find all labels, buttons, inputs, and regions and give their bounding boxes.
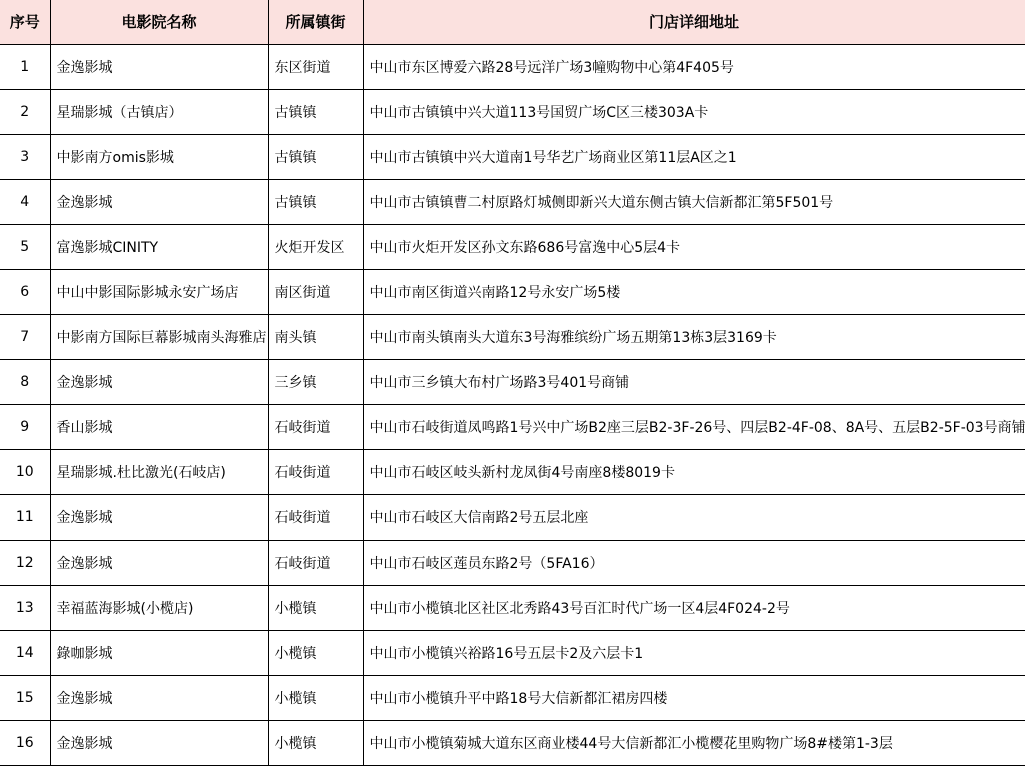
cell-address: 中山市火炬开发区孙文东路686号富逸中心5层4卡 (363, 224, 1025, 269)
table-row: 14錄咖影城小榄镇中山市小榄镇兴裕路16号五层卡2及六层卡1 (0, 630, 1025, 675)
header-index: 序号 (0, 0, 50, 44)
cell-index: 16 (0, 720, 50, 765)
table-row: 15金逸影城小榄镇中山市小榄镇升平中路18号大信新都汇裙房四楼 (0, 675, 1025, 720)
cell-name: 金逸影城 (50, 720, 268, 765)
cell-town: 古镇镇 (268, 134, 363, 179)
cell-index: 1 (0, 44, 50, 89)
table-row: 4金逸影城古镇镇中山市古镇镇曹二村原路灯城侧即新兴大道东侧古镇大信新都汇第5F5… (0, 179, 1025, 224)
cell-name: 星瑞影城.杜比激光(石岐店) (50, 450, 268, 495)
table-row: 1金逸影城东区街道中山市东区博爱六路28号远洋广场3幢购物中心第4F405号 (0, 44, 1025, 89)
table-row: 5富逸影城CINITY火炬开发区中山市火炬开发区孙文东路686号富逸中心5层4卡 (0, 224, 1025, 269)
cell-address: 中山市南头镇南头大道东3号海雅缤纷广场五期第13栋3层3169卡 (363, 315, 1025, 360)
cell-index: 4 (0, 179, 50, 224)
header-row: 序号 电影院名称 所属镇街 门店详细地址 (0, 0, 1025, 44)
cell-name: 星瑞影城（古镇店） (50, 89, 268, 134)
cell-index: 2 (0, 89, 50, 134)
table-row: 2星瑞影城（古镇店）古镇镇中山市古镇镇中兴大道113号国贸广场C区三楼303A卡 (0, 89, 1025, 134)
cell-name: 金逸影城 (50, 495, 268, 540)
cell-address: 中山市古镇镇中兴大道南1号华艺广场商业区第11层A区之1 (363, 134, 1025, 179)
table-row: 6中山中影国际影城永安广场店南区街道中山市南区街道兴南路12号永安广场5楼 (0, 269, 1025, 314)
table-body: 1金逸影城东区街道中山市东区博爱六路28号远洋广场3幢购物中心第4F405号2星… (0, 44, 1025, 766)
cell-name: 錄咖影城 (50, 630, 268, 675)
cell-index: 9 (0, 405, 50, 450)
table-row: 12金逸影城石岐街道中山市石岐区莲员东路2号（5FA16） (0, 540, 1025, 585)
table-row: 8金逸影城三乡镇中山市三乡镇大布村广场路3号401号商铺 (0, 360, 1025, 405)
cell-index: 5 (0, 224, 50, 269)
table-row: 7中影南方国际巨幕影城南头海雅店南头镇中山市南头镇南头大道东3号海雅缤纷广场五期… (0, 315, 1025, 360)
cell-index: 8 (0, 360, 50, 405)
cell-town: 石岐街道 (268, 495, 363, 540)
cell-address: 中山市小榄镇兴裕路16号五层卡2及六层卡1 (363, 630, 1025, 675)
cell-town: 三乡镇 (268, 360, 363, 405)
cell-address: 中山市石岐街道凤鸣路1号兴中广场B2座三层B2-3F-26号、四层B2-4F-0… (363, 405, 1025, 450)
cell-name: 香山影城 (50, 405, 268, 450)
cell-index: 12 (0, 540, 50, 585)
table-row: 9香山影城石岐街道中山市石岐街道凤鸣路1号兴中广场B2座三层B2-3F-26号、… (0, 405, 1025, 450)
cell-name: 中影南方omis影城 (50, 134, 268, 179)
cell-town: 南头镇 (268, 315, 363, 360)
cell-index: 6 (0, 269, 50, 314)
cell-town: 小榄镇 (268, 630, 363, 675)
cell-index: 11 (0, 495, 50, 540)
cell-name: 幸福蓝海影城(小榄店) (50, 585, 268, 630)
cell-index: 3 (0, 134, 50, 179)
cell-name: 金逸影城 (50, 44, 268, 89)
cell-town: 古镇镇 (268, 89, 363, 134)
header-town: 所属镇街 (268, 0, 363, 44)
cell-index: 13 (0, 585, 50, 630)
table-row: 10星瑞影城.杜比激光(石岐店)石岐街道中山市石岐区岐头新村龙凤街4号南座8楼8… (0, 450, 1025, 495)
table-row: 11金逸影城石岐街道中山市石岐区大信南路2号五层北座 (0, 495, 1025, 540)
table-row: 13幸福蓝海影城(小榄店)小榄镇中山市小榄镇北区社区北秀路43号百汇时代广场一区… (0, 585, 1025, 630)
header-address: 门店详细地址 (363, 0, 1025, 44)
cell-name: 金逸影城 (50, 360, 268, 405)
cell-town: 南区街道 (268, 269, 363, 314)
cell-town: 小榄镇 (268, 720, 363, 765)
cell-address: 中山市南区街道兴南路12号永安广场5楼 (363, 269, 1025, 314)
cell-name: 金逸影城 (50, 540, 268, 585)
cell-index: 10 (0, 450, 50, 495)
cell-index: 14 (0, 630, 50, 675)
cinema-address-table: 序号 电影院名称 所属镇街 门店详细地址 1金逸影城东区街道中山市东区博爱六路2… (0, 0, 1025, 766)
cell-town: 石岐街道 (268, 405, 363, 450)
cell-town: 东区街道 (268, 44, 363, 89)
table-row: 16金逸影城小榄镇中山市小榄镇菊城大道东区商业楼44号大信新都汇小榄樱花里购物广… (0, 720, 1025, 765)
cell-address: 中山市古镇镇曹二村原路灯城侧即新兴大道东侧古镇大信新都汇第5F501号 (363, 179, 1025, 224)
cell-index: 7 (0, 315, 50, 360)
cell-address: 中山市石岐区莲员东路2号（5FA16） (363, 540, 1025, 585)
cell-name: 中影南方国际巨幕影城南头海雅店 (50, 315, 268, 360)
cell-address: 中山市小榄镇北区社区北秀路43号百汇时代广场一区4层4F024-2号 (363, 585, 1025, 630)
cell-address: 中山市古镇镇中兴大道113号国贸广场C区三楼303A卡 (363, 89, 1025, 134)
cell-address: 中山市石岐区大信南路2号五层北座 (363, 495, 1025, 540)
cell-town: 古镇镇 (268, 179, 363, 224)
table-row: 3中影南方omis影城古镇镇中山市古镇镇中兴大道南1号华艺广场商业区第11层A区… (0, 134, 1025, 179)
page: 序号 电影院名称 所属镇街 门店详细地址 1金逸影城东区街道中山市东区博爱六路2… (0, 0, 1025, 766)
cell-name: 中山中影国际影城永安广场店 (50, 269, 268, 314)
cell-name: 金逸影城 (50, 675, 268, 720)
cell-town: 石岐街道 (268, 540, 363, 585)
cell-address: 中山市小榄镇升平中路18号大信新都汇裙房四楼 (363, 675, 1025, 720)
cell-town: 小榄镇 (268, 675, 363, 720)
cell-address: 中山市东区博爱六路28号远洋广场3幢购物中心第4F405号 (363, 44, 1025, 89)
cell-address: 中山市三乡镇大布村广场路3号401号商铺 (363, 360, 1025, 405)
cell-town: 小榄镇 (268, 585, 363, 630)
table-header: 序号 电影院名称 所属镇街 门店详细地址 (0, 0, 1025, 44)
header-name: 电影院名称 (50, 0, 268, 44)
cell-name: 富逸影城CINITY (50, 224, 268, 269)
cell-town: 火炬开发区 (268, 224, 363, 269)
cell-town: 石岐街道 (268, 450, 363, 495)
cell-name: 金逸影城 (50, 179, 268, 224)
cell-address: 中山市小榄镇菊城大道东区商业楼44号大信新都汇小榄樱花里购物广场8#楼第1-3层 (363, 720, 1025, 765)
cell-index: 15 (0, 675, 50, 720)
cell-address: 中山市石岐区岐头新村龙凤街4号南座8楼8019卡 (363, 450, 1025, 495)
